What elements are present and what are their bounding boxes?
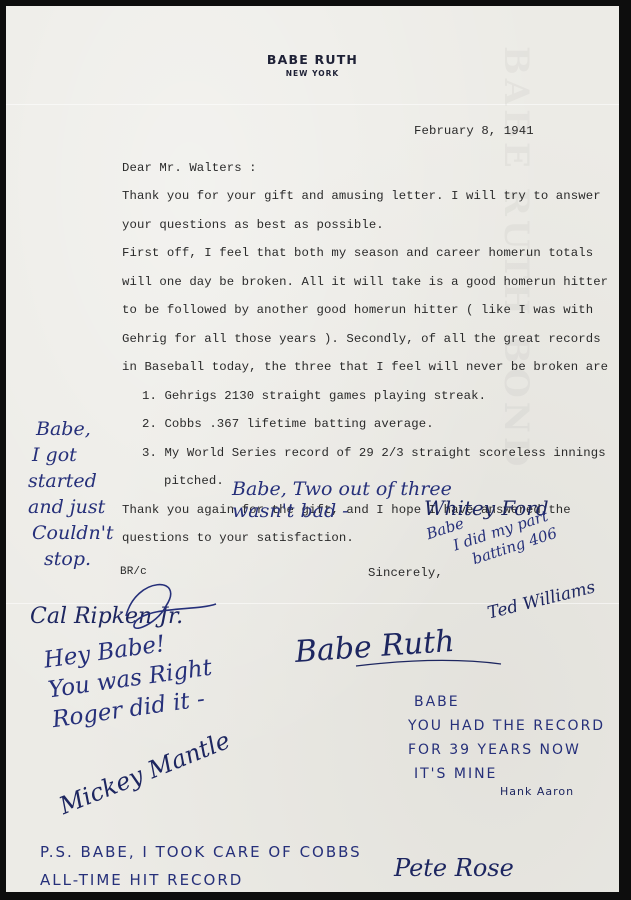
handwritten-note-aaron: BABE YOU HAD THE RECORD FOR 39 YEARS NOW… bbox=[408, 690, 605, 786]
letter-paper: BABE RUTH BOND BABE RUTH NEW YORK Februa… bbox=[6, 6, 619, 892]
record-item: 1. Gehrigs 2130 straight games playing s… bbox=[142, 389, 486, 403]
signature-aaron: Hank Aaron bbox=[500, 786, 574, 797]
body-line: Thank you for your gift and amusing lett… bbox=[122, 189, 601, 203]
signature-williams: Ted Williams bbox=[486, 579, 597, 622]
closing-line: questions to your satisfaction. bbox=[122, 531, 354, 545]
body-line: Gehrig for all those years ). Secondly, … bbox=[122, 332, 601, 346]
record-item: 3. My World Series record of 29 2/3 stra… bbox=[142, 446, 606, 460]
handwritten-note-mantle: Hey Babe! You was Right Roger did it - bbox=[42, 623, 218, 735]
body-line: in Baseball today, the three that I feel… bbox=[122, 360, 608, 374]
note-line: BABE bbox=[414, 690, 605, 714]
note-line: Babe, Two out of three bbox=[232, 478, 452, 500]
note-line: Couldn't bbox=[32, 520, 114, 546]
note-line: started bbox=[28, 468, 114, 494]
note-line: Babe, bbox=[36, 416, 114, 442]
note-line: IT'S MINE bbox=[414, 762, 605, 786]
record-item: 2. Cobbs .367 lifetime batting average. bbox=[142, 417, 434, 431]
note-line: wasn't bad - bbox=[232, 500, 452, 522]
letter-salutation: Dear Mr. Walters : bbox=[122, 161, 257, 175]
note-line: P.S. BABE, I TOOK CARE OF COBBS bbox=[40, 838, 362, 866]
letterhead-name: BABE RUTH bbox=[6, 52, 619, 67]
record-item-continuation: pitched. bbox=[164, 474, 224, 488]
handwritten-note-ripken: Babe, I got started and just Couldn't st… bbox=[28, 416, 114, 572]
letterhead-city: NEW YORK bbox=[6, 69, 619, 78]
note-line: ALL-TIME HIT RECORD bbox=[40, 866, 362, 892]
note-line: and just bbox=[28, 494, 114, 520]
handwritten-note-ford: Babe, Two out of three wasn't bad - bbox=[232, 478, 452, 522]
letter-valediction: Sincerely, bbox=[368, 566, 443, 580]
body-line: First off, I feel that both my season an… bbox=[122, 246, 593, 260]
body-line: will one day be broken. All it will take… bbox=[122, 275, 608, 289]
note-line: FOR 39 YEARS NOW bbox=[408, 738, 605, 762]
signature-underline-icon bbox=[356, 656, 506, 676]
note-line: YOU HAD THE RECORD bbox=[408, 714, 605, 738]
note-line: stop. bbox=[44, 546, 114, 572]
signature-rose: Pete Rose bbox=[394, 856, 514, 880]
handwritten-note-rose: P.S. BABE, I TOOK CARE OF COBBS ALL-TIME… bbox=[40, 838, 362, 892]
note-line: I got bbox=[32, 442, 114, 468]
letter-date: February 8, 1941 bbox=[414, 124, 534, 138]
signature-mantle: Mickey Mantle bbox=[56, 728, 233, 818]
body-line: your questions as best as possible. bbox=[122, 218, 384, 232]
body-line: to be followed by another good homerun h… bbox=[122, 303, 593, 317]
